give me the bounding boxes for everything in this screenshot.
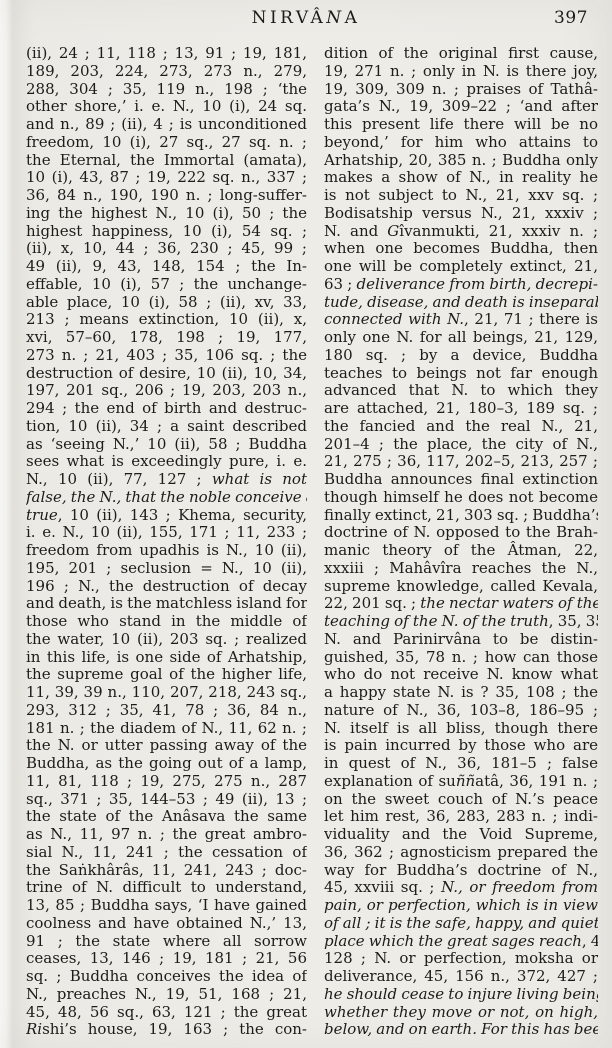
text-line: 91 ; the state where all sorrow (26, 933, 307, 951)
text-line: who do not receive N. know what (324, 666, 598, 684)
text-line: nature of N., 36, 103–8, 186–95 ; (324, 702, 598, 720)
text-line: pain, or perfection, which is in view (324, 897, 598, 915)
column-left: (ii), 24 ; 11, 118 ; 13, 91 ; 19, 181,18… (26, 45, 307, 1039)
text-line: doctrine of N. opposed to the Brah- (324, 524, 598, 542)
text-line: Bodisatship versus N., 21, xxxiv ; (324, 205, 598, 223)
text-line: 19, 271 n. ; only in N. is there joy, (324, 63, 598, 81)
text-line: xvi, 57–60, 178, 198 ; 19, 177, (26, 329, 307, 347)
text-line: N. and Gîvanmukti, 21, xxxiv n. ; (324, 223, 598, 241)
column-right: dition of the original first cause,19, 2… (324, 45, 598, 1039)
text-line: able place, 10 (i), 58 ; (ii), xv, 33, (26, 294, 307, 312)
index-columns: (ii), 24 ; 11, 118 ; 13, 91 ; 19, 181,18… (26, 45, 598, 1039)
book-page: NIRVÂNA 397 (ii), 24 ; 11, 118 ; 13, 91 … (0, 0, 612, 1048)
text-line: guished, 35, 78 n. ; how can those (324, 649, 598, 667)
text-line: supreme knowledge, called Kevala, (324, 578, 598, 596)
text-line: 11, 81, 118 ; 19, 275, 275 n., 287 (26, 773, 307, 791)
text-line: 213 ; means extinction, 10 (ii), x, (26, 311, 307, 329)
text-line: sq. ; Buddha conceives the idea of (26, 968, 307, 986)
text-line: Buddha announces final extinction (324, 471, 598, 489)
text-line: the Eternal, the Immortal (amata), (26, 152, 307, 170)
text-line: 13, 85 ; Buddha says, ‘I have gained (26, 897, 307, 915)
text-line: connected with N., 21, 71 ; there is (324, 311, 598, 329)
text-line: 196 ; N., the destruction of decay (26, 578, 307, 596)
text-line: are attached, 21, 180–3, 189 sq. ; (324, 400, 598, 418)
text-line: he should cease to injure living beings (324, 986, 598, 1004)
text-line: 197, 201 sq., 206 ; 19, 203, 203 n., (26, 382, 307, 400)
text-line: way for Buddha’s doctrine of N., (324, 862, 598, 880)
text-line: place which the great sages reach, 45, (324, 933, 598, 951)
text-line: dition of the original first cause, (324, 45, 598, 63)
text-line: whether they move or not, on high, (324, 1004, 598, 1022)
text-line: and death, is the matchless island for (26, 595, 307, 613)
text-line: and n., 89 ; (ii), 4 ; is unconditioned (26, 116, 307, 134)
text-line: the Saṅkhârâs, 11, 241, 243 ; doc- (26, 862, 307, 880)
text-line: finally extinct, 21, 303 sq. ; Buddha’s (324, 507, 598, 525)
text-line: N. and Parinirvâna to be distin- (324, 631, 598, 649)
text-line: 10 (i), 43, 87 ; 19, 222 sq. n., 337 ; (26, 169, 307, 187)
text-line: 294 ; the end of birth and destruc- (26, 400, 307, 418)
text-line: Rishi’s house, 19, 163 ; the con- (26, 1021, 307, 1039)
text-line: in quest of N., 36, 181–5 ; false (324, 755, 598, 773)
text-line: trine of N. difficult to understand, (26, 879, 307, 897)
text-line: advanced that N. to which they (324, 382, 598, 400)
text-line: 19, 309, 309 n. ; praises of Tathâ- (324, 81, 598, 99)
text-line: N., preaches N., 19, 51, 168 ; 21, (26, 986, 307, 1004)
text-line: sees what is exceedingly pure, i. e. (26, 453, 307, 471)
text-line: this present life there will be no (324, 116, 598, 134)
text-line: 49 (ii), 9, 43, 148, 154 ; the In- (26, 258, 307, 276)
text-line: ceases, 13, 146 ; 19, 181 ; 21, 56 (26, 950, 307, 968)
text-line: is pain incurred by those who are (324, 737, 598, 755)
text-line: freedom from upadhis is N., 10 (ii), (26, 542, 307, 560)
text-line: one will be completely extinct, 21, (324, 258, 598, 276)
text-line: coolness and have obtained N.,’ 13, (26, 915, 307, 933)
text-line: Buddha, as the going out of a lamp, (26, 755, 307, 773)
text-line: the fancied and the real N., 21, (324, 418, 598, 436)
text-line: only one N. for all beings, 21, 129, (324, 329, 598, 347)
text-line: destruction of desire, 10 (ii), 10, 34, (26, 365, 307, 383)
text-line: 21, 275 ; 36, 117, 202–5, 213, 257 ; (324, 453, 598, 471)
text-line: makes a show of N., in reality he (324, 169, 598, 187)
text-line: 36, 362 ; agnosticism prepared the (324, 844, 598, 862)
text-line: i. e. N., 10 (ii), 155, 171 ; 11, 233 ; (26, 524, 307, 542)
text-line: those who stand in the middle of (26, 613, 307, 631)
text-line: explanation of suññatâ, 36, 191 n. ; (324, 773, 598, 791)
text-line: 201–4 ; the place, the city of N., (324, 436, 598, 454)
text-line: as ‘seeing N.,’ 10 (ii), 58 ; Buddha (26, 436, 307, 454)
text-line: below, and on earth. For this has been (324, 1021, 598, 1039)
text-line: deliverance, 45, 156 n., 372, 427 ; (324, 968, 598, 986)
text-line: though himself he does not become (324, 489, 598, 507)
text-line: 181 n. ; the diadem of N., 11, 62 n. ; (26, 720, 307, 738)
text-line: 22, 201 sq. ; the nectar waters of the (324, 595, 598, 613)
text-line: 273 n. ; 21, 403 ; 35, 106 sq. ; the (26, 347, 307, 365)
text-line: other shore,’ i. e. N., 10 (i), 24 sq. (26, 98, 307, 116)
text-line: tion, 10 (ii), 34 ; a saint described (26, 418, 307, 436)
text-line: of all ; it is the safe, happy, and quie… (324, 915, 598, 933)
text-line: when one becomes Buddha, then (324, 240, 598, 258)
text-line: 36, 84 n., 190, 190 n. ; long-suffer- (26, 187, 307, 205)
text-line: 45, 48, 56 sq., 63, 121 ; the great (26, 1004, 307, 1022)
text-line: xxxiii ; Mahâvîra reaches the N., (324, 560, 598, 578)
text-line: tude, disease, and death is inseparably (324, 294, 598, 312)
text-line: the supreme goal of the higher life, (26, 666, 307, 684)
text-line: 180 sq. ; by a device, Buddha (324, 347, 598, 365)
text-line: as N., 11, 97 n. ; the great ambro- (26, 826, 307, 844)
text-line: sial N., 11, 241 ; the cessation of (26, 844, 307, 862)
text-line: the N. or utter passing away of the (26, 737, 307, 755)
page-number: 397 (554, 8, 588, 28)
text-line: N., 10 (ii), 77, 127 ; what is not (26, 471, 307, 489)
page-title: NIRVÂNA (0, 8, 612, 28)
text-line: let him rest, 36, 283, 283 n. ; indi- (324, 808, 598, 826)
text-line: highest happiness, 10 (i), 54 sq. ; (26, 223, 307, 241)
text-line: the water, 10 (ii), 203 sq. ; realized (26, 631, 307, 649)
text-line: teaches to beings not far enough (324, 365, 598, 383)
text-line: effable, 10 (i), 57 ; the unchange- (26, 276, 307, 294)
text-line: manic theory of the Âtman, 22, (324, 542, 598, 560)
text-line: true, 10 (ii), 143 ; Khema, security, (26, 507, 307, 525)
text-line: 293, 312 ; 35, 41, 78 ; 36, 84 n., (26, 702, 307, 720)
text-line: 45, xxviii sq. ; N., or freedom from (324, 879, 598, 897)
text-line: 288, 304 ; 35, 119 n., 198 ; ‘the (26, 81, 307, 99)
text-line: ing the highest N., 10 (i), 50 ; the (26, 205, 307, 223)
text-line: N. itself is all bliss, though there (324, 720, 598, 738)
text-line: teaching of the N. of the truth, 35, 35 … (324, 613, 598, 631)
text-line: freedom, 10 (i), 27 sq., 27 sq. n. ; (26, 134, 307, 152)
text-line: 11, 39, 39 n., 110, 207, 218, 243 sq., (26, 684, 307, 702)
text-line: false, the N., that the noble conceive a… (26, 489, 307, 507)
text-line: 63 ; deliverance from birth, decrepi- (324, 276, 598, 294)
text-line: sq., 371 ; 35, 144–53 ; 49 (ii), 13 ; (26, 791, 307, 809)
text-line: (ii), 24 ; 11, 118 ; 13, 91 ; 19, 181, (26, 45, 307, 63)
text-line: (ii), x, 10, 44 ; 36, 230 ; 45, 99 ; (26, 240, 307, 258)
text-line: beyond,’ for him who attains to (324, 134, 598, 152)
text-line: on the sweet couch of N.’s peace (324, 791, 598, 809)
page-header: NIRVÂNA 397 (0, 0, 612, 38)
text-line: the state of the Anâsava the same (26, 808, 307, 826)
text-line: 128 ; N. or perfection, moksha or (324, 950, 598, 968)
text-line: in this life, is one side of Arhatship, (26, 649, 307, 667)
text-line: Arhatship, 20, 385 n. ; Buddha only (324, 152, 598, 170)
text-line: 189, 203, 224, 273, 273 n., 279, (26, 63, 307, 81)
text-line: a happy state N. is ? 35, 108 ; the (324, 684, 598, 702)
text-line: viduality and the Void Supreme, (324, 826, 598, 844)
text-line: 195, 201 ; seclusion = N., 10 (ii), (26, 560, 307, 578)
text-line: is not subject to N., 21, xxv sq. ; (324, 187, 598, 205)
text-line: gata’s N., 19, 309–22 ; ‘and after (324, 98, 598, 116)
